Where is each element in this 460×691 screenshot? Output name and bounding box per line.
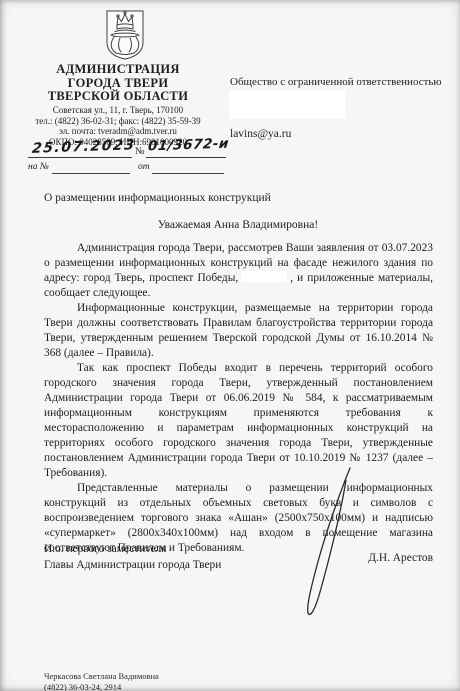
handwritten-date: 25.07.2023 (31, 137, 136, 157)
org-name-line: ТВЕРСКОЙ ОБЛАСТИ (8, 90, 228, 104)
executor-block: Черкасова Светлана Вадимовна (4822) 36-0… (44, 671, 159, 691)
executor-name: Черкасова Светлана Вадимовна (44, 671, 159, 682)
letterhead-email: эл. почта: tveradm@adm.tver.ru (8, 126, 228, 137)
letter-body: Администрация города Твери, рассмотрев В… (44, 241, 433, 556)
scanned-letter-page: АДМИНИСТРАЦИЯ ГОРОДА ТВЕРИ ТВЕРСКОЙ ОБЛА… (0, 0, 460, 691)
redaction-box (229, 90, 345, 119)
reply-number-underline (52, 173, 130, 174)
salutation: Уважаемая Анна Владимировна! (44, 219, 432, 231)
letterhead-phone-fax: тел.: (4822) 36-02-31; факс: (4822) 35-5… (8, 116, 228, 127)
letterhead-address: Советская ул., 11, г. Тверь, 170100 (8, 105, 228, 116)
recipient-org-type: Общество с ограниченной ответственностью (230, 76, 458, 88)
org-name-line: ГОРОДА ТВЕРИ (8, 77, 228, 91)
reply-from-label: от (138, 162, 150, 172)
subject-line: О размещении информационных конструкций (44, 192, 271, 204)
letterhead-org-name: АДМИНИСТРАЦИЯ ГОРОДА ТВЕРИ ТВЕРСКОЙ ОБЛА… (8, 63, 228, 104)
executor-phone: (4822) 36-03-24, 2914 (44, 682, 159, 691)
org-name-line: АДМИНИСТРАЦИЯ (8, 63, 228, 77)
handwritten-outgoing-number: 01/3672-и (147, 136, 229, 155)
paragraph-1: Администрация города Твери, рассмотрев В… (44, 241, 433, 301)
signer-position-line: И.о. первого заместителя (44, 541, 221, 557)
signer-name: Д.Н. Арестов (368, 552, 433, 564)
date-underline (28, 157, 132, 158)
signer-position-line: Главы Администрации города Твери (44, 557, 221, 573)
paragraph-3: Так как проспект Победы входит в перечен… (44, 361, 433, 481)
reply-date-underline (152, 173, 224, 174)
handwritten-signature-icon (295, 463, 360, 620)
reply-to-label: на № (28, 162, 49, 172)
tver-coat-of-arms-icon (101, 9, 149, 61)
number-sign: № (135, 146, 145, 157)
paragraph-2: Информационные конструкции, размещаемые … (44, 301, 433, 361)
number-underline (146, 157, 226, 158)
redaction-box (241, 271, 287, 282)
recipient-email: lavins@ya.ru (230, 128, 291, 140)
signer-position: И.о. первого заместителя Главы Администр… (44, 541, 221, 573)
